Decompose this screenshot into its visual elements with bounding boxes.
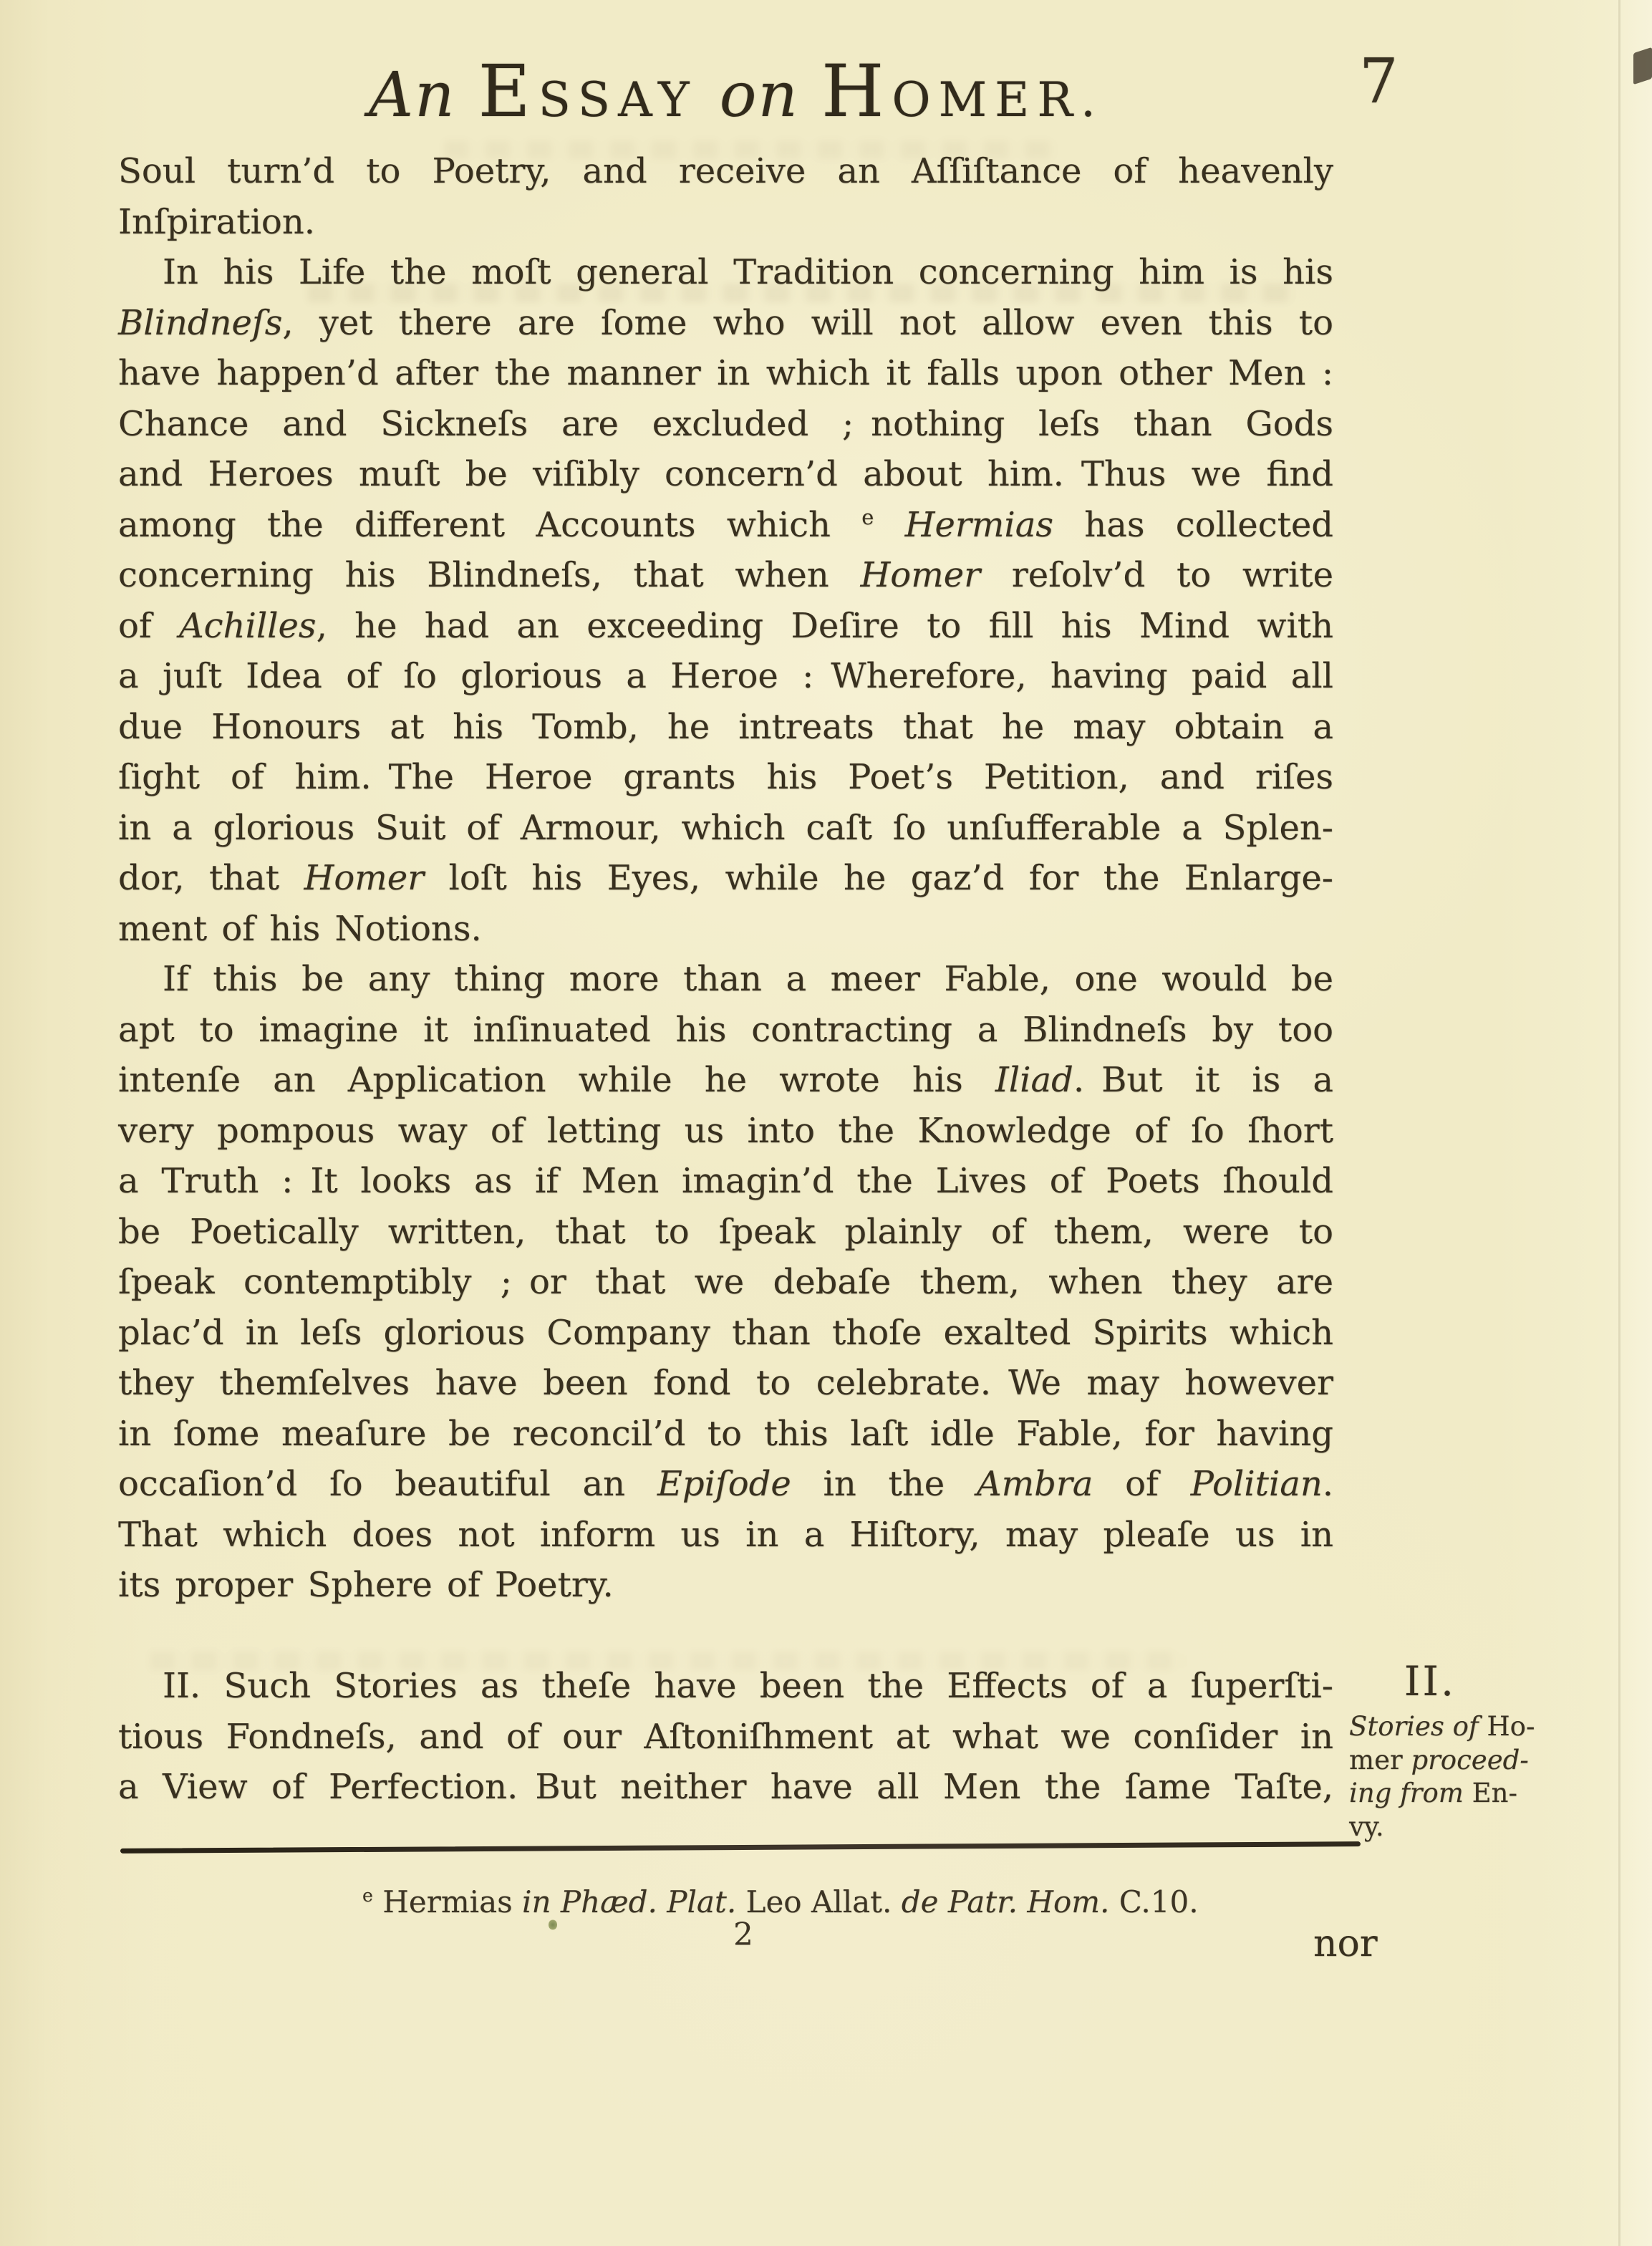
text-run: of <box>118 606 179 646</box>
sidenote-line: Stories of Ho- <box>1349 1710 1564 1744</box>
text-line: its proper Sphere of Poetry. <box>118 1560 1333 1611</box>
text-line: plac’d in leſs glorious Company than tho… <box>118 1308 1333 1359</box>
text-run: Soul turn’d to Poetry, and receive an Aſ… <box>118 151 1333 191</box>
text-run: En- <box>1464 1778 1517 1808</box>
text-run: a juſt Idea of ſo glorious a Heroe : Whe… <box>118 656 1333 696</box>
sidenote-text: Stories of Ho-mer proceed-ing from En-vy… <box>1349 1710 1564 1843</box>
text-line: tious Fondneſs, and of our Aſtoniſhment … <box>118 1712 1333 1763</box>
page-number: 7 <box>1359 46 1399 117</box>
text-run: . But it is a <box>1073 1060 1333 1100</box>
text-run: plac’d in leſs glorious Company than tho… <box>118 1313 1333 1353</box>
text-run: concerning his Blindneſs, that when <box>118 555 860 595</box>
text-line: and Heroes muſt be viſibly concern’d abo… <box>118 449 1333 500</box>
stain-speck <box>549 1919 557 1930</box>
text-line: intenſe an Application while he wrote hi… <box>118 1055 1333 1106</box>
text-run: its proper Sphere of Poetry. <box>118 1565 614 1605</box>
sidenote-section-number: II. <box>1369 1659 1491 1705</box>
scan-corner-mark <box>1633 47 1652 85</box>
book-page: An Essay on Homer. 7 Soul turn’d to Poet… <box>0 0 1652 2246</box>
text-run: loſt his Eyes, while he gaz’d for the En… <box>424 858 1333 898</box>
text-line: due Honours at his Tomb, he intreats tha… <box>118 702 1333 753</box>
sidenote-line: mer proceed- <box>1349 1744 1564 1778</box>
footnote: e Hermias in Phæd. Plat. Leo Allat. de P… <box>362 1882 1199 1922</box>
italic-text-run: in Phæd. Plat. <box>522 1884 736 1919</box>
text-run: Leo Allat. <box>736 1884 902 1919</box>
header-word-an: An <box>369 47 456 144</box>
main-text-block: Soul turn’d to Poetry, and receive an Aſ… <box>118 146 1333 1813</box>
text-run: , yet there are ſome who will not allow … <box>282 303 1333 343</box>
text-line: in a glorious Suit of Armour, which caſt… <box>118 803 1333 854</box>
paragraph: In his Life the moſt general Tradition c… <box>118 247 1333 954</box>
italic-text-run: Politian <box>1191 1464 1323 1504</box>
italic-text-run: Stories of <box>1349 1711 1479 1742</box>
header-word-homer: Homer. <box>821 43 1103 148</box>
text-line: II. Such Stories as theſe have been the … <box>118 1661 1333 1712</box>
text-line: be Poetically written, that to ſpeak pla… <box>118 1207 1333 1258</box>
header-word-essay: Essay <box>478 43 697 148</box>
text-line: a View of Perfection. But neither have a… <box>118 1762 1333 1813</box>
sidenote-line: ing from En- <box>1349 1777 1564 1811</box>
text-line: If this be any thing more than a meer Fa… <box>118 954 1333 1005</box>
text-run: ſight of him. The Heroe grants his Poet’… <box>118 757 1333 797</box>
text-run: in a glorious Suit of Armour, which caſt… <box>118 808 1333 848</box>
italic-text-run: Iliad <box>995 1060 1073 1100</box>
text-line: Inſpiration. <box>118 197 1333 248</box>
text-run: a View of Perfection. But neither have a… <box>118 1767 1333 1807</box>
italic-text-run: Hermias <box>874 505 1053 545</box>
text-line: In his Life the moſt general Tradition c… <box>118 247 1333 298</box>
italic-text-run: Epiſode <box>657 1464 791 1504</box>
text-run: has collected <box>1053 505 1333 545</box>
italic-text-run: ing from <box>1349 1778 1464 1808</box>
text-line: ſight of him. The Heroe grants his Poet’… <box>118 752 1333 803</box>
text-run: very pompous way of letting us into the … <box>118 1111 1333 1151</box>
text-run: Hermias <box>373 1884 522 1919</box>
text-run: intenſe an Application while he wrote hi… <box>118 1060 995 1100</box>
text-run: in ſome meaſure be reconcil’d to this la… <box>118 1414 1333 1454</box>
paragraph: II. Such Stories as theſe have been the … <box>118 1661 1333 1813</box>
text-run: Inſpiration. <box>118 202 315 242</box>
text-run: II. Such Stories as theſe have been the … <box>163 1666 1333 1706</box>
text-run: vy. <box>1349 1811 1384 1842</box>
text-run: mer <box>1349 1745 1411 1775</box>
text-line: Soul turn’d to Poetry, and receive an Aſ… <box>118 146 1333 197</box>
text-line: among the different Accounts which e Her… <box>118 500 1333 551</box>
text-line: they themſelves have been fond to celebr… <box>118 1358 1333 1409</box>
footnote-rule <box>120 1841 1361 1854</box>
text-run: Chance and Sickneſs are excluded ; nothi… <box>118 404 1333 444</box>
italic-text-run: proceed- <box>1411 1745 1528 1775</box>
text-run: reſolv’d to write <box>980 555 1333 595</box>
text-run: among the different Accounts which <box>118 505 861 545</box>
text-line: Chance and Sickneſs are excluded ; nothi… <box>118 399 1333 450</box>
text-line: That which does not inform us in a Hiſto… <box>118 1510 1333 1561</box>
text-line: apt to imagine it inſinuated his contrac… <box>118 1005 1333 1056</box>
text-run: due Honours at his Tomb, he intreats tha… <box>118 707 1333 747</box>
text-run: C.10. <box>1109 1884 1198 1919</box>
text-line: dor, that Homer loſt his Eyes, while he … <box>118 853 1333 904</box>
text-run: in the <box>791 1464 977 1504</box>
italic-text-run: Blindneſs <box>118 303 282 343</box>
text-line: of Achilles, he had an exceeding Deſire … <box>118 601 1333 652</box>
text-line: ſpeak contemptibly ; or that we debaſe t… <box>118 1257 1333 1308</box>
text-run: ment of his Notions. <box>118 909 482 949</box>
text-run: occaſion’d ſo beautiful an <box>118 1464 657 1504</box>
italic-text-run: de Patr. Hom. <box>902 1884 1110 1919</box>
text-line: ment of his Notions. <box>118 904 1333 955</box>
text-run: have happen’d after the manner in which … <box>118 353 1333 393</box>
text-line: have happen’d after the manner in which … <box>118 348 1333 399</box>
running-header: An Essay on Homer. <box>118 43 1335 160</box>
paragraph: If this be any thing more than a meer Fa… <box>118 954 1333 1611</box>
text-run: a Truth : It looks as if Men imagin’d th… <box>118 1161 1333 1201</box>
text-run: of <box>1093 1464 1190 1504</box>
sidenote: II. Stories of Ho-mer proceed-ing from E… <box>1349 1659 1564 1843</box>
text-run: That which does not inform us in a Hiſto… <box>118 1515 1333 1555</box>
text-run: tious Fondneſs, and of our Aſtoniſhment … <box>118 1717 1333 1757</box>
text-line: occaſion’d ſo beautiful an Epiſode in th… <box>118 1459 1333 1510</box>
text-run: Ho- <box>1479 1711 1535 1742</box>
italic-text-run: Ambra <box>977 1464 1093 1504</box>
text-run: ſpeak contemptibly ; or that we debaſe t… <box>118 1262 1333 1302</box>
text-line: very pompous way of letting us into the … <box>118 1106 1333 1157</box>
text-run: . <box>1323 1464 1333 1504</box>
text-run: dor, that <box>118 858 304 898</box>
footnote-reference-mark: e <box>861 505 874 529</box>
text-line: in ſome meaſure be reconcil’d to this la… <box>118 1409 1333 1460</box>
italic-text-run: Achilles <box>179 606 317 646</box>
footnote-reference-mark: e <box>362 1885 373 1906</box>
sidenote-line: vy. <box>1349 1811 1564 1844</box>
page-edge-line <box>1618 0 1620 2246</box>
paragraph: Soul turn’d to Poetry, and receive an Aſ… <box>118 146 1333 247</box>
text-run: , he had an exceeding Deſire to fill his… <box>317 606 1333 646</box>
text-run: If this be any thing more than a meer Fa… <box>163 959 1333 999</box>
italic-text-run: Homer <box>304 858 425 898</box>
text-run: In his Life the moſt general Tradition c… <box>163 252 1333 292</box>
text-line: a Truth : It looks as if Men imagin’d th… <box>118 1156 1333 1207</box>
text-run: and Heroes muſt be viſibly concern’d abo… <box>118 454 1333 494</box>
catchword: nor <box>1313 1922 1378 1965</box>
text-line: concerning his Blindneſs, that when Home… <box>118 550 1333 601</box>
header-word-on: on <box>720 47 799 144</box>
text-run: they themſelves have been fond to celebr… <box>118 1363 1333 1403</box>
text-run: apt to imagine it inſinuated his contrac… <box>118 1010 1333 1050</box>
signature-mark: 2 <box>733 1917 753 1953</box>
italic-text-run: Homer <box>860 555 980 595</box>
text-line: a juſt Idea of ſo glorious a Heroe : Whe… <box>118 651 1333 702</box>
text-run: be Poetically written, that to ſpeak pla… <box>118 1212 1333 1252</box>
text-line: Blindneſs, yet there are ſome who will n… <box>118 298 1333 349</box>
